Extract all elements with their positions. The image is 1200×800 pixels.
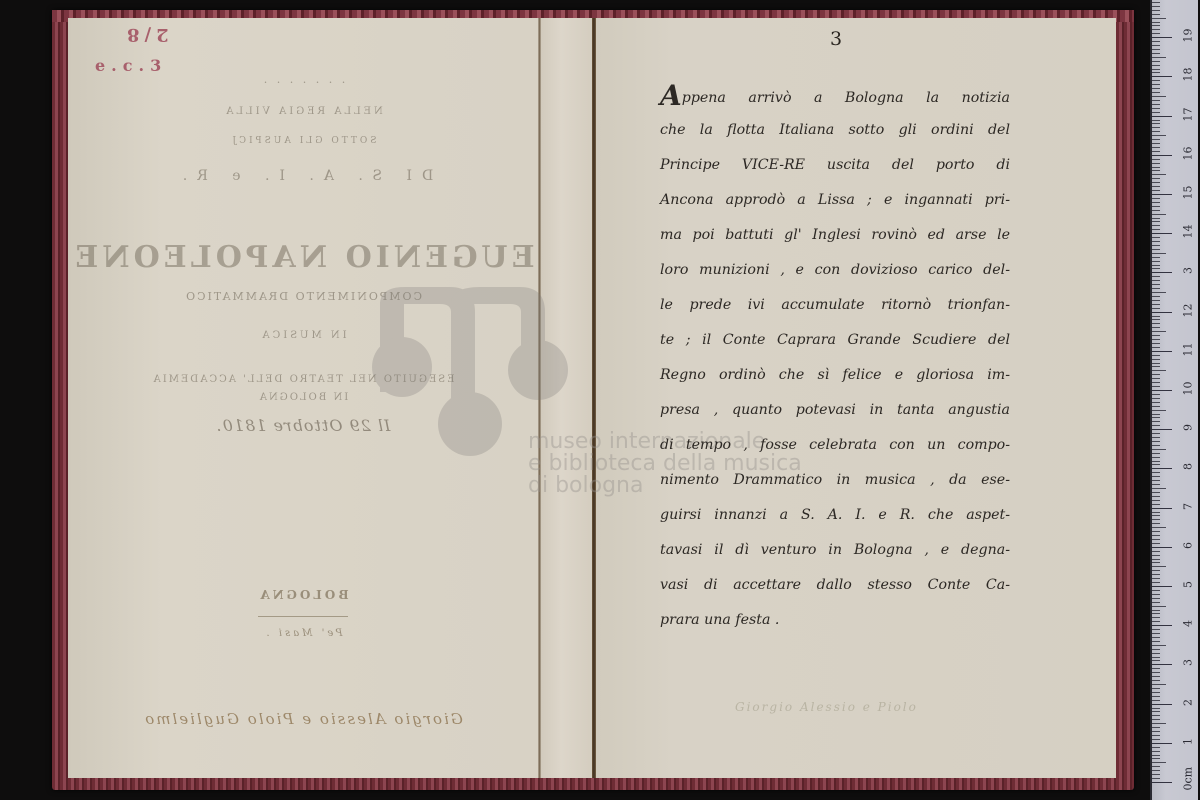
text-line: tavasi il dì venturo in Bologna , e degn… xyxy=(660,533,1010,568)
ruler-tick xyxy=(1152,410,1166,411)
ruler-tick xyxy=(1152,29,1160,30)
ruler-tick xyxy=(1152,398,1160,399)
ruler-tick xyxy=(1152,214,1166,215)
ruler-tick xyxy=(1152,288,1160,289)
ruler-tick xyxy=(1152,660,1160,661)
ruler-tick xyxy=(1152,657,1160,658)
ruler-tick xyxy=(1152,766,1160,767)
measurement-ruler: 0cm12345678910111231415161718192 xyxy=(1150,0,1198,800)
ruler-tick xyxy=(1152,770,1160,771)
ruler-tick xyxy=(1152,323,1160,324)
ruler-tick xyxy=(1152,292,1166,293)
ruler-tick xyxy=(1152,555,1160,556)
ruler-tick xyxy=(1152,57,1166,58)
ruler-label: 5 xyxy=(1182,575,1195,595)
ruler-tick xyxy=(1152,276,1160,277)
ruler-tick xyxy=(1152,715,1160,716)
ruler-tick xyxy=(1152,253,1166,254)
ruler-tick xyxy=(1152,49,1160,50)
text-line: vasi di accettare dallo stesso Conte Ca- xyxy=(660,568,1010,603)
ruler-tick xyxy=(1152,190,1160,191)
ruler-tick xyxy=(1152,421,1160,422)
ruler-tick xyxy=(1152,496,1160,497)
ruler-tick xyxy=(1152,394,1160,395)
ruler-tick xyxy=(1152,378,1160,379)
ruler-tick xyxy=(1152,449,1166,450)
ruler-tick xyxy=(1152,206,1160,207)
ruler-tick xyxy=(1152,104,1160,105)
ruler-tick xyxy=(1152,672,1160,673)
ruler-tick xyxy=(1152,461,1160,462)
ruler-tick xyxy=(1152,586,1172,587)
ruler-tick xyxy=(1152,53,1160,54)
ruler-tick xyxy=(1152,45,1160,46)
text-line: Principe VICE-RE uscita del porto di xyxy=(660,148,1010,183)
ruler-tick xyxy=(1152,88,1160,89)
text-line: che la flotta Italiana sotto gli ordini … xyxy=(660,113,1010,148)
ruler-tick xyxy=(1152,80,1160,81)
text-line: guirsi innanzi a S. A. I. e R. che aspet… xyxy=(660,498,1010,533)
ruler-tick xyxy=(1152,22,1160,23)
ruler-tick xyxy=(1152,127,1160,128)
bleed-line: NELLA REGIA VILLA xyxy=(68,106,538,117)
ruler-tick xyxy=(1152,504,1160,505)
ruler-tick xyxy=(1152,72,1160,73)
ruler-tick xyxy=(1152,261,1160,262)
ruler-tick xyxy=(1152,366,1160,367)
ruler-tick xyxy=(1152,645,1166,646)
ruler-tick xyxy=(1152,335,1160,336)
ruler-label: 6 xyxy=(1182,535,1195,555)
ruler-tick xyxy=(1152,100,1160,101)
ruler-tick xyxy=(1152,406,1160,407)
ruler-tick xyxy=(1152,374,1160,375)
ruler-tick xyxy=(1152,774,1160,775)
ruler-tick xyxy=(1152,582,1160,583)
ruler-tick xyxy=(1152,308,1160,309)
ruler-tick xyxy=(1152,539,1160,540)
ruler-label: 9 xyxy=(1182,418,1195,438)
ruler-tick xyxy=(1152,747,1160,748)
ruler-label: 2 xyxy=(1182,692,1195,712)
ruler-tick xyxy=(1152,590,1160,591)
ruler-tick xyxy=(1152,170,1160,171)
ruler-tick xyxy=(1152,711,1160,712)
ruler-tick xyxy=(1152,508,1172,509)
text-line: loro munizioni , e con dovizioso carico … xyxy=(660,253,1010,288)
ruler-tick xyxy=(1152,610,1160,611)
ruler-label: 0cm xyxy=(1182,771,1195,791)
ruler-tick xyxy=(1152,437,1160,438)
ruler-tick xyxy=(1152,151,1160,152)
ruler-tick xyxy=(1152,6,1160,7)
ruler-tick xyxy=(1152,182,1160,183)
ruler-label: 7 xyxy=(1182,496,1195,516)
ruler-tick xyxy=(1152,312,1172,313)
ruler-label: 14 xyxy=(1182,222,1195,242)
ruler-tick xyxy=(1152,594,1160,595)
text-line: Appena arrivò a Bologna la notizia xyxy=(660,78,1010,113)
ruler-tick xyxy=(1152,425,1160,426)
ruler-tick xyxy=(1152,751,1160,752)
ruler-tick xyxy=(1152,531,1160,532)
ruler-tick xyxy=(1152,453,1160,454)
ruler-tick xyxy=(1152,414,1160,415)
ruler-tick xyxy=(1152,617,1160,618)
ruler-tick xyxy=(1152,210,1160,211)
ruler-label: 1 xyxy=(1182,731,1195,751)
ruler-label: 12 xyxy=(1182,300,1195,320)
shelfmark-stamp: 2/8 xyxy=(122,24,169,45)
ruler-tick xyxy=(1152,523,1160,524)
text-line: nimento Drammatico in musica , da ese- xyxy=(660,463,1010,498)
ruler-tick xyxy=(1152,304,1160,305)
bleed-imprint: BOLOGNA xyxy=(68,588,538,602)
ruler-tick xyxy=(1152,417,1160,418)
binding-crease xyxy=(592,18,596,778)
ruler-tick xyxy=(1152,116,1172,117)
ruler-tick xyxy=(1152,41,1160,42)
ruler-tick xyxy=(1152,527,1166,528)
ruler-tick xyxy=(1152,739,1160,740)
ruler-tick xyxy=(1152,727,1160,728)
ruler-tick xyxy=(1152,108,1160,109)
ruler-tick xyxy=(1152,598,1160,599)
ruler-tick xyxy=(1152,25,1160,26)
ruler-tick xyxy=(1152,562,1160,563)
ruler-tick xyxy=(1152,472,1160,473)
ruler-tick xyxy=(1152,755,1160,756)
ruler-tick xyxy=(1152,684,1166,685)
ruler-tick xyxy=(1152,272,1172,273)
ruler-tick xyxy=(1152,488,1166,489)
ruler-tick xyxy=(1152,621,1160,622)
ruler-tick xyxy=(1152,351,1172,352)
ruler-tick xyxy=(1152,268,1160,269)
ruler-tick xyxy=(1152,566,1166,567)
ruler-tick xyxy=(1152,515,1160,516)
ruler-tick xyxy=(1152,543,1160,544)
ruler-tick xyxy=(1152,84,1160,85)
shelfmark-stamp: e.c.3 xyxy=(95,56,167,75)
ruler-tick xyxy=(1152,257,1160,258)
text-line: di tempo , fosse celebrata con un compo- xyxy=(660,428,1010,463)
ruler-tick xyxy=(1152,433,1160,434)
ruler-tick xyxy=(1152,18,1166,19)
ruler-tick xyxy=(1152,65,1160,66)
ruler-tick xyxy=(1152,359,1160,360)
bleed-line: DI S. A. I. e R. xyxy=(68,168,538,184)
ruler-label: 4 xyxy=(1182,614,1195,634)
ruler-tick xyxy=(1152,155,1172,156)
ruler-tick xyxy=(1152,570,1160,571)
ruler-label: 3 xyxy=(1182,261,1195,281)
text-line: prara una festa . xyxy=(660,603,1010,638)
ruler-tick xyxy=(1152,731,1160,732)
ruler-tick xyxy=(1152,641,1160,642)
ruler-tick xyxy=(1152,386,1160,387)
ruler-tick xyxy=(1152,480,1160,481)
ruler-tick xyxy=(1152,664,1172,665)
ruler-tick xyxy=(1152,468,1172,469)
ruler-tick xyxy=(1152,668,1160,669)
ruler-tick xyxy=(1152,296,1160,297)
ruler-tick xyxy=(1152,10,1160,11)
text-line: te ; il Conte Caprara Grande Scudiere de… xyxy=(660,323,1010,358)
ruler-tick xyxy=(1152,147,1160,148)
ruler-tick xyxy=(1152,123,1160,124)
ruler-tick xyxy=(1152,139,1160,140)
ruler-tick xyxy=(1152,519,1160,520)
ruler-tick xyxy=(1152,284,1160,285)
text-line-rest: ppena arrivò a Bologna la notizia xyxy=(682,90,1010,106)
ruler-tick xyxy=(1152,688,1160,689)
ruler-tick xyxy=(1152,429,1172,430)
ruler-tick xyxy=(1152,300,1160,301)
ruler-tick xyxy=(1152,174,1166,175)
ruler-tick xyxy=(1152,629,1160,630)
bleed-handwritten-note: Giorgio Alessio e Piolo Guglielmo xyxy=(68,710,538,728)
ruler-tick xyxy=(1152,723,1166,724)
ruler-tick xyxy=(1152,343,1160,344)
ruler-tick xyxy=(1152,390,1172,391)
ruler-tick xyxy=(1152,135,1166,136)
text-line: presa , quanto potevasi in tanta angusti… xyxy=(660,393,1010,428)
ruler-tick xyxy=(1152,339,1160,340)
ruler-tick xyxy=(1152,676,1160,677)
ruler-tick xyxy=(1152,14,1160,15)
ruler-tick xyxy=(1152,233,1172,234)
ruler-tick xyxy=(1152,457,1160,458)
ruler-label: 10 xyxy=(1182,379,1195,399)
text-line: Regno ordinò che sì felice e gloriosa im… xyxy=(660,358,1010,393)
ruler-tick xyxy=(1152,229,1160,230)
ruler-tick xyxy=(1152,319,1160,320)
ruler-tick xyxy=(1152,96,1166,97)
ruler-tick xyxy=(1152,476,1160,477)
ruler-tick xyxy=(1152,613,1160,614)
ruler-tick xyxy=(1152,692,1160,693)
ruler-tick xyxy=(1152,743,1172,744)
ruler-tick xyxy=(1152,696,1160,697)
ruler-label: 3 xyxy=(1182,653,1195,673)
bleed-line: SOTTO GLI AUSPICJ xyxy=(68,136,538,146)
ruler-tick xyxy=(1152,159,1160,160)
ruler-tick xyxy=(1152,653,1160,654)
bleed-title: EUGENIO NAPOLEONE xyxy=(68,240,538,275)
ruler-tick xyxy=(1152,347,1160,348)
ruler-tick xyxy=(1152,316,1160,317)
watermark-line: di bologna xyxy=(528,473,643,498)
ruler-tick xyxy=(1152,120,1160,121)
ruler-tick xyxy=(1152,492,1160,493)
ruler-tick xyxy=(1152,559,1160,560)
bleed-divider xyxy=(258,616,348,617)
ruler-tick xyxy=(1152,225,1160,226)
ruler-tick xyxy=(1152,61,1160,62)
ruler-tick xyxy=(1152,218,1160,219)
ruler-tick xyxy=(1152,606,1166,607)
ruler-tick xyxy=(1152,143,1160,144)
ruler-tick xyxy=(1152,112,1160,113)
ruler-tick xyxy=(1152,241,1160,242)
text-line: le prede ivi accumulate ritornò trionfan… xyxy=(660,288,1010,323)
ruler-label: 16 xyxy=(1182,143,1195,163)
ruler-tick xyxy=(1152,363,1160,364)
ruler-tick xyxy=(1152,167,1160,168)
body-text: Appena arrivò a Bologna la notizia che l… xyxy=(660,78,1010,638)
ruler-tick xyxy=(1152,649,1160,650)
ruler-tick xyxy=(1152,441,1160,442)
bleed-printer: Pe' Masi . xyxy=(68,628,538,639)
ruler-tick xyxy=(1152,69,1160,70)
ruler-tick xyxy=(1152,327,1160,328)
ruler-label: 8 xyxy=(1182,457,1195,477)
ruler-tick xyxy=(1152,280,1160,281)
ruler-label: 15 xyxy=(1182,183,1195,203)
ruler-tick xyxy=(1152,735,1160,736)
ruler-tick xyxy=(1152,547,1172,548)
ruler-tick xyxy=(1152,512,1160,513)
ruler-tick xyxy=(1152,131,1160,132)
ruler-tick xyxy=(1152,221,1160,222)
ruler-tick xyxy=(1152,782,1172,783)
ruler-tick xyxy=(1152,464,1160,465)
ruler-tick xyxy=(1152,76,1172,77)
ruler-tick xyxy=(1152,186,1160,187)
ruler-tick xyxy=(1152,2,1160,3)
ruler-tick xyxy=(1152,194,1172,195)
ruler-tick xyxy=(1152,265,1160,266)
page-number: 3 xyxy=(830,28,842,50)
ruler-tick xyxy=(1152,704,1172,705)
ruler-tick xyxy=(1152,535,1160,536)
ruler-label: 19 xyxy=(1182,26,1195,46)
ruler-tick xyxy=(1152,37,1172,38)
ruler-tick xyxy=(1152,637,1160,638)
ruler-tick xyxy=(1152,92,1160,93)
ruler-label: 2 xyxy=(1182,0,1195,7)
ruler-tick xyxy=(1152,445,1160,446)
ruler-tick xyxy=(1152,178,1160,179)
ruler-tick xyxy=(1152,163,1160,164)
text-line: ma poi battuti gl' Inglesi rovinò ed ars… xyxy=(660,218,1010,253)
ruler-tick xyxy=(1152,198,1160,199)
ruler-tick xyxy=(1152,355,1160,356)
ruler-tick xyxy=(1152,551,1160,552)
ruler-tick xyxy=(1152,245,1160,246)
ruler-tick xyxy=(1152,237,1160,238)
ruler-tick xyxy=(1152,719,1160,720)
bleed-line: · · · · · · · xyxy=(68,76,538,89)
ruler-tick xyxy=(1152,633,1160,634)
ruler-tick xyxy=(1152,602,1160,603)
ruler-label: 11 xyxy=(1182,339,1195,359)
ruler-tick xyxy=(1152,578,1160,579)
ruler-label: 17 xyxy=(1182,104,1195,124)
ruler-tick xyxy=(1152,574,1160,575)
ruler-label: 18 xyxy=(1182,65,1195,85)
ruler-tick xyxy=(1152,700,1160,701)
ruler-tick xyxy=(1152,484,1160,485)
bleed-through-faint: Giorgio Alessio e Piolo xyxy=(735,700,918,714)
ruler-tick xyxy=(1152,625,1172,626)
ruler-tick xyxy=(1152,500,1160,501)
ruler-tick xyxy=(1152,680,1160,681)
ruler-tick xyxy=(1152,402,1160,403)
ruler-tick xyxy=(1152,331,1166,332)
text-line: Ancona approdò a Lissa ; e ingannati pri… xyxy=(660,183,1010,218)
ruler-tick xyxy=(1152,33,1160,34)
ruler-tick xyxy=(1152,202,1160,203)
drop-cap: A xyxy=(660,79,682,112)
ruler-tick xyxy=(1152,249,1160,250)
ruler-tick xyxy=(1152,382,1160,383)
ruler-tick xyxy=(1152,762,1166,763)
ruler-tick xyxy=(1152,778,1160,779)
ruler-tick xyxy=(1152,758,1160,759)
ruler-tick xyxy=(1152,370,1166,371)
ruler-tick xyxy=(1152,708,1160,709)
